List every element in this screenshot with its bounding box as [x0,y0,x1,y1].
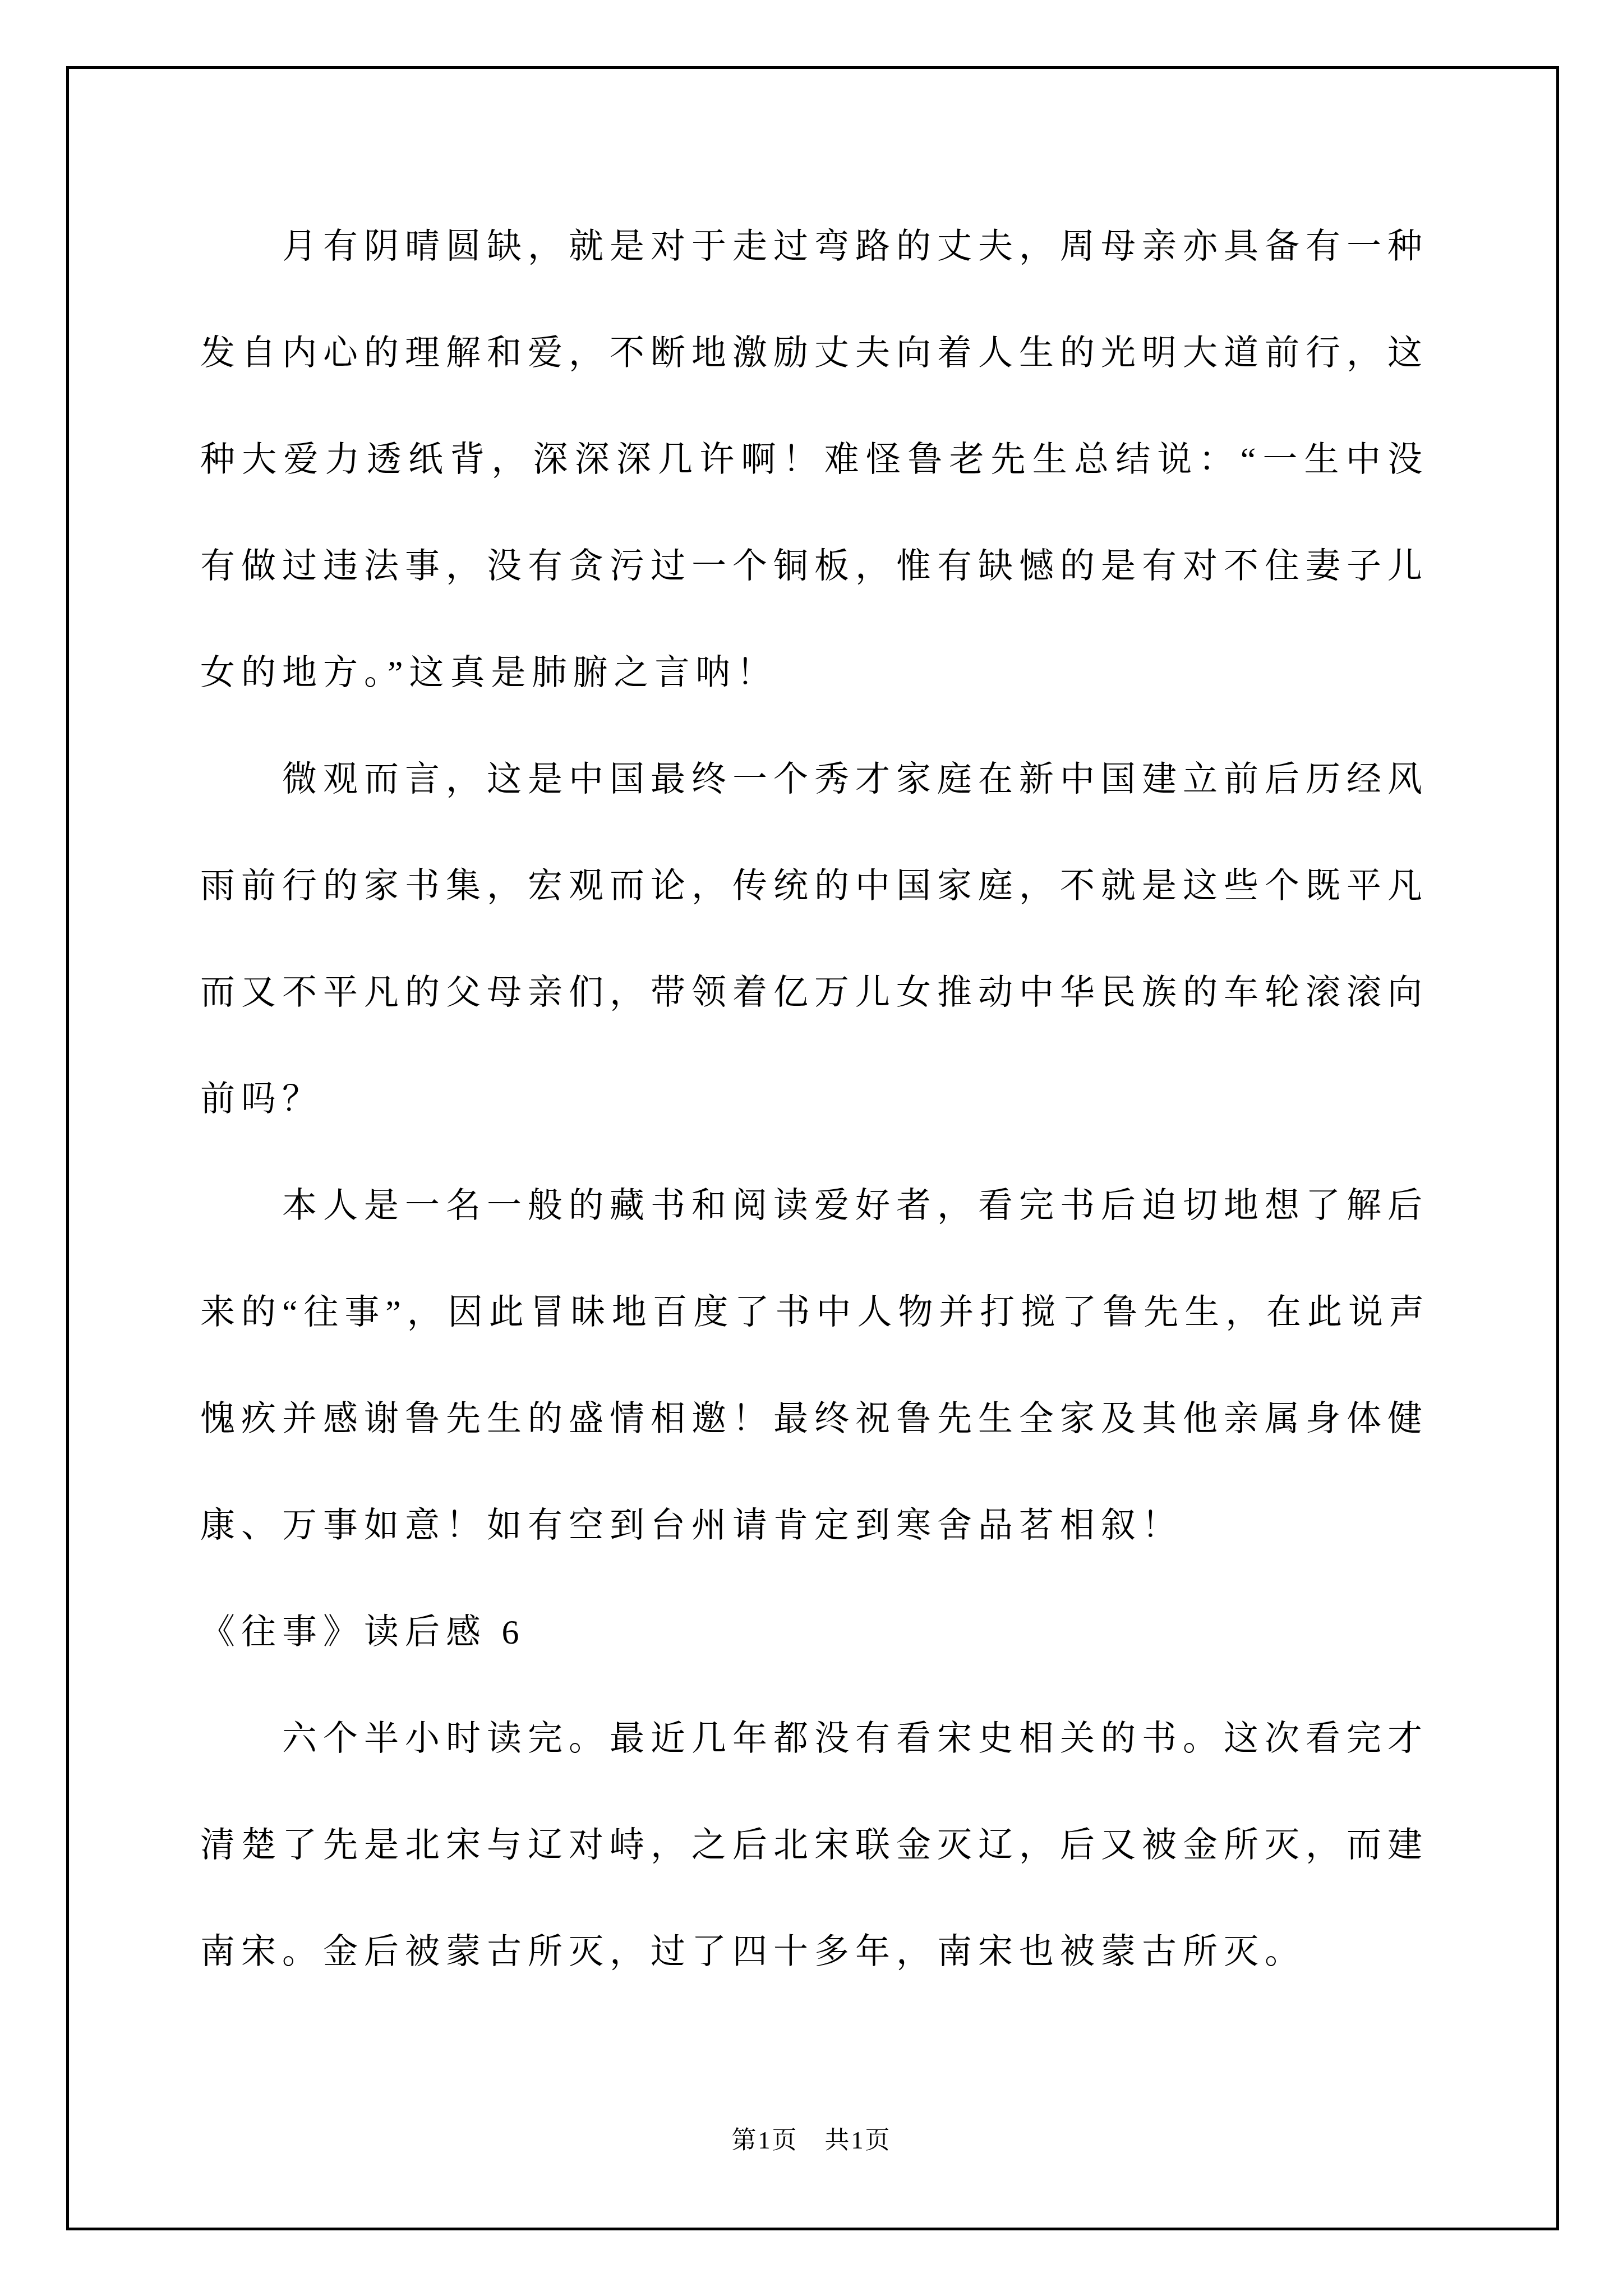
text-line: 女的地方。”这真是肺腑之言呐！ [200,620,1428,726]
text-line: 六个半小时读完。最近几年都没有看宋史相关的书。这次看完才 [200,1686,1428,1792]
document-body: 月有阴晴圆缺，就是对于走过弯路的丈夫，周母亲亦具备有一种发自内心的理解和爱，不断… [200,194,1428,2005]
text-line: 来的“往事”，因此冒昧地百度了书中人物并打搅了鲁先生，在此说声 [200,1259,1428,1366]
text-line: 南宋。金后被蒙古所灭，过了四十多年，南宋也被蒙古所灭。 [200,1899,1428,2005]
document-page: 月有阴晴圆缺，就是对于走过弯路的丈夫，周母亲亦具备有一种发自内心的理解和爱，不断… [0,0,1623,2296]
text-line: 有做过违法事，没有贪污过一个铜板，惟有缺憾的是有对不住妻子儿 [200,513,1428,620]
text-line: 本人是一名一般的藏书和阅读爱好者，看完书后迫切地想了解后 [200,1153,1428,1259]
text-line: 微观而言，这是中国最终一个秀才家庭在新中国建立前后历经风 [200,726,1428,833]
page-number-footer: 第1页 共1页 [0,2124,1623,2157]
text-line: 而又不平凡的父母亲们，带领着亿万儿女推动中华民族的车轮滚滚向 [200,940,1428,1046]
text-line: 清楚了先是北宋与辽对峙，之后北宋联金灭辽，后又被金所灭，而建 [200,1792,1428,1899]
text-line: 愧疚并感谢鲁先生的盛情相邀！最终祝鲁先生全家及其他亲属身体健 [200,1366,1428,1473]
text-line: 康、万事如意！如有空到台州请肯定到寒舍品茗相叙！ [200,1473,1428,1579]
text-line: 种大爱力透纸背，深深深几许啊！难怪鲁老先生总结说：“一生中没 [200,407,1428,513]
text-line: 雨前行的家书集，宏观而论，传统的中国家庭，不就是这些个既平凡 [200,833,1428,940]
text-line: 月有阴晴圆缺，就是对于走过弯路的丈夫，周母亲亦具备有一种 [200,194,1428,300]
text-line: 《往事》读后感 6 [200,1579,1428,1686]
text-line: 发自内心的理解和爱，不断地激励丈夫向着人生的光明大道前行，这 [200,300,1428,407]
text-line: 前吗？ [200,1046,1428,1153]
